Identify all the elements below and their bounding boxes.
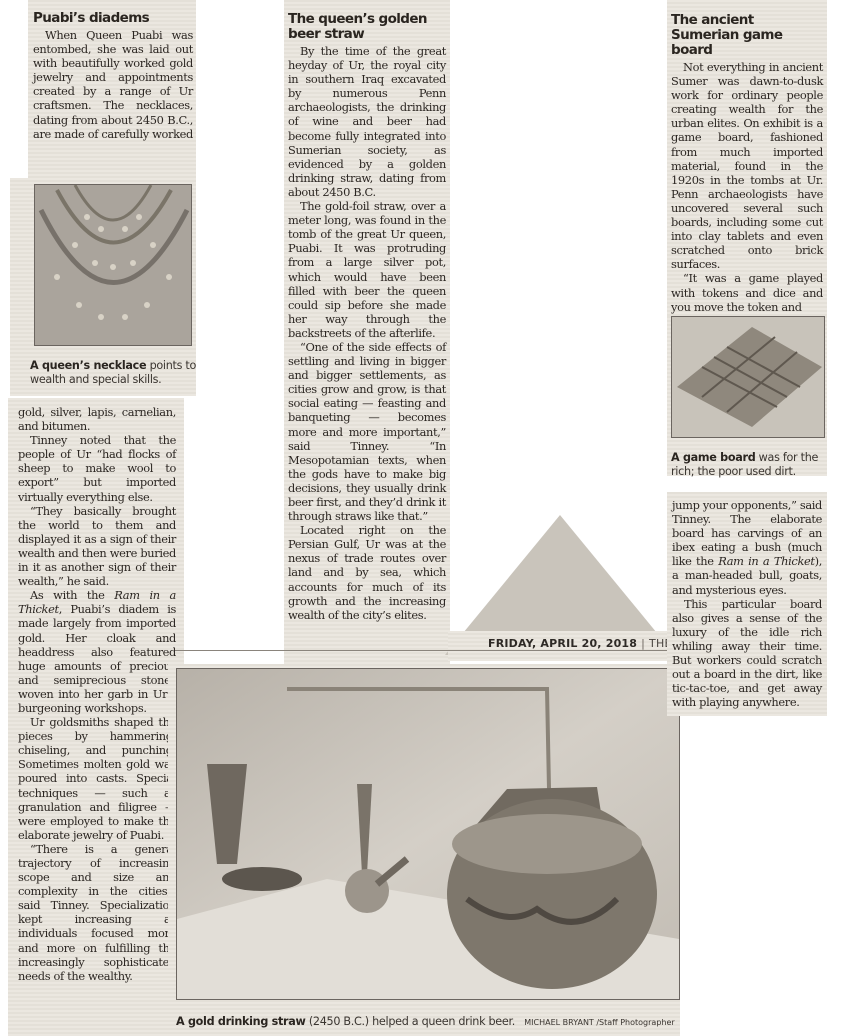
- paragraph: “There is a general trajectory of increa…: [18, 842, 176, 983]
- headline-sumerian-game-board: The ancient Sumerian game board: [671, 13, 823, 58]
- paragraph: gold, silver, lapis, carnelian, and bitu…: [18, 405, 176, 433]
- paragraph: Ur goldsmiths shaped the pieces by hamme…: [18, 715, 176, 842]
- photo-credit: MICHAEL BRYANT /Staff Photographer: [524, 1018, 674, 1027]
- right-column-body: jump your opponents,” said Tinney. The e…: [672, 498, 822, 709]
- paragraph: Tinney noted that the people of Ur “had …: [18, 433, 176, 503]
- italic-title: Ram in a Thicket: [718, 554, 814, 568]
- middle-column: The queen’s golden beer straw By the tim…: [288, 12, 446, 622]
- paragraph: When Queen Puabi was entombed, she was l…: [33, 28, 193, 141]
- necklace-photo: [34, 184, 192, 346]
- paragraph: “One of the side effects of settling and…: [288, 340, 446, 523]
- paragraph: The gold-foil straw, over a meter long, …: [288, 199, 446, 340]
- left-intro-text: When Queen Puabi was entombed, she was l…: [33, 28, 193, 141]
- paragraph: “They basically brought the world to the…: [18, 504, 176, 589]
- game-board-icon: [672, 317, 824, 437]
- dateline-separator: |: [641, 637, 645, 650]
- left-column-top: Puabi’s diadems When Queen Puabi was ent…: [33, 11, 193, 141]
- caption-bold: A queen’s necklace: [30, 359, 146, 372]
- drinking-straw-photo: [176, 668, 680, 1000]
- caption-bold: A gold drinking straw: [176, 1015, 306, 1028]
- necklace-icon: [35, 185, 191, 345]
- paragraph: As with the Ram in a Thicket, Puabi’s di…: [18, 588, 176, 715]
- paragraph: “It was a game played with tokens and di…: [671, 271, 823, 313]
- middle-column-body: By the time of the great heyday of Ur, t…: [288, 44, 446, 622]
- headline-puabis-diadems: Puabi’s diadems: [33, 11, 193, 26]
- caption-bold: A game board: [671, 451, 755, 464]
- paragraph: jump your opponents,” said Tinney. The e…: [672, 498, 822, 597]
- paragraph: Not everything in ancient Sumer was dawn…: [671, 60, 823, 271]
- dateline-rule: [175, 650, 670, 651]
- paragraph: This particular board also gives a sense…: [672, 597, 822, 710]
- main-photo-caption: A gold drinking straw (2450 B.C.) helped…: [176, 1015, 686, 1030]
- game-board-caption: A game board was for the rich; the poor …: [671, 451, 823, 479]
- left-column-body: gold, silver, lapis, carnelian, and bitu…: [18, 405, 176, 983]
- right-column-top: The ancient Sumerian game board Not ever…: [671, 13, 823, 314]
- paragraph: By the time of the great heyday of Ur, t…: [288, 44, 446, 199]
- necklace-caption: A queen’s necklace points to wealth and …: [30, 359, 198, 387]
- headline-golden-beer-straw: The queen’s golden beer straw: [288, 12, 446, 42]
- right-intro-text: Not everything in ancient Sumer was dawn…: [671, 60, 823, 314]
- dateline: FRIDAY, APRIL 20, 2018|THE: [488, 637, 672, 650]
- paragraph: Located right on the Persian Gulf, Ur wa…: [288, 523, 446, 622]
- caption-text: (2450 B.C.) helped a queen drink beer.: [306, 1015, 515, 1028]
- game-board-photo: [671, 316, 825, 438]
- drinking-straw-icon: [177, 669, 679, 999]
- issue-date: FRIDAY, APRIL 20, 2018: [488, 637, 637, 650]
